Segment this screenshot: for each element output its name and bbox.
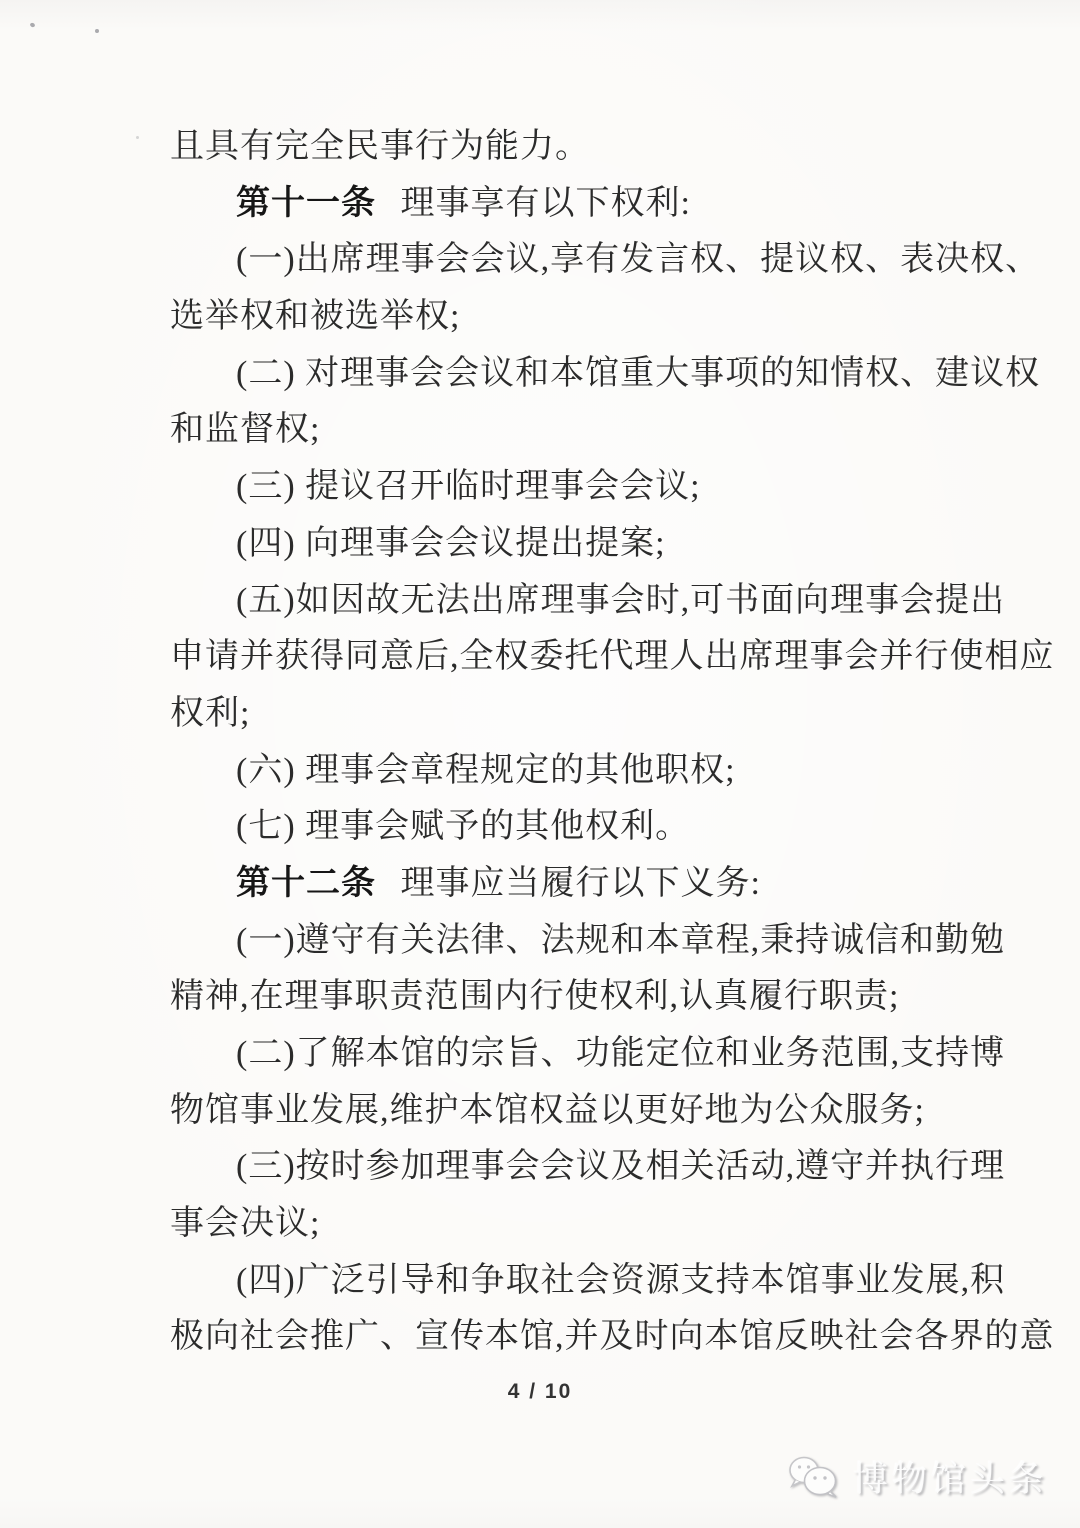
- document-page: 且具有完全民事行为能力。第十一条理事享有以下权利:(一)出席理事会会议,享有发言…: [0, 0, 1080, 1528]
- line-text: (三)按时参加理事会会议及相关活动,遵守并执行理: [236, 1148, 1005, 1185]
- line-text: (一)出席理事会会议,享有发言权、提议权、表决权、: [236, 241, 1040, 278]
- document-line: (三)按时参加理事会会议及相关活动,遵守并执行理: [170, 1139, 960, 1196]
- document-line: 选举权和被选举权;: [170, 289, 960, 346]
- line-text: 精神,在理事职责范围内行使权利,认真履行职责;: [170, 978, 899, 1015]
- watermark-label: 博物馆头条: [853, 1452, 1048, 1502]
- document-line: (二) 对理事会会议和本馆重大事项的知情权、建议权: [170, 346, 960, 403]
- line-text: 事会决议;: [170, 1205, 320, 1242]
- line-text: 理事应当履行以下义务:: [400, 865, 760, 902]
- line-text: 权利;: [170, 695, 250, 732]
- line-text: (四) 向理事会会议提出提案;: [236, 525, 666, 562]
- scan-speck: [29, 22, 35, 28]
- document-line: (四)广泛引导和争取社会资源支持本馆事业发展,积: [170, 1253, 960, 1310]
- document-line: 权利;: [170, 686, 960, 743]
- line-text: 和监督权;: [170, 411, 320, 448]
- line-text: (四)广泛引导和争取社会资源支持本馆事业发展,积: [236, 1262, 1005, 1299]
- line-text: 且具有完全民事行为能力。: [170, 128, 590, 165]
- line-text: (五)如因故无法出席理事会时,可书面向理事会提出: [236, 582, 1005, 619]
- watermark: 博物馆头条: [787, 1452, 1048, 1502]
- line-text: 理事享有以下权利:: [400, 185, 690, 222]
- document-line: (二)了解本馆的宗旨、功能定位和业务范围,支持博: [170, 1026, 960, 1083]
- line-text: 选举权和被选举权;: [170, 298, 460, 335]
- line-text: (二) 对理事会会议和本馆重大事项的知情权、建议权: [236, 355, 1040, 392]
- document-line: 精神,在理事职责范围内行使权利,认真履行职责;: [170, 969, 960, 1026]
- line-text: 申请并获得同意后,全权委托代理人出席理事会并行使相应: [170, 638, 1055, 675]
- scan-speck: [136, 136, 139, 139]
- page-number: 4 / 10: [0, 1380, 1080, 1404]
- document-line: 事会决议;: [170, 1196, 960, 1253]
- document-line: 极向社会推广、宣传本馆,并及时向本馆反映社会各界的意: [170, 1309, 960, 1366]
- document-line: (一)出席理事会会议,享有发言权、提议权、表决权、: [170, 232, 960, 289]
- document-line: 物馆事业发展,维护本馆权益以更好地为公众服务;: [170, 1083, 960, 1140]
- document-line: (六) 理事会章程规定的其他职权;: [170, 743, 960, 800]
- line-text: (一)遵守有关法律、法规和本章程,秉持诚信和勤勉: [236, 922, 1005, 959]
- line-text: (七) 理事会赋予的其他权利。: [236, 808, 690, 845]
- document-line: 且具有完全民事行为能力。: [170, 119, 960, 176]
- article-heading-line: 第十一条理事享有以下权利:: [170, 176, 960, 233]
- document-line: (四) 向理事会会议提出提案;: [170, 516, 960, 573]
- document-line: 和监督权;: [170, 402, 960, 459]
- line-text: 物馆事业发展,维护本馆权益以更好地为公众服务;: [170, 1092, 925, 1129]
- wechat-icon: [787, 1455, 843, 1499]
- document-line: (一)遵守有关法律、法规和本章程,秉持诚信和勤勉: [170, 913, 960, 970]
- document-line: 申请并获得同意后,全权委托代理人出席理事会并行使相应: [170, 629, 960, 686]
- line-text: (六) 理事会章程规定的其他职权;: [236, 752, 736, 789]
- document-line: (五)如因故无法出席理事会时,可书面向理事会提出: [170, 573, 960, 630]
- line-text: (二)了解本馆的宗旨、功能定位和业务范围,支持博: [236, 1035, 1005, 1072]
- article-number: 第十二条: [236, 865, 376, 902]
- article-number: 第十一条: [236, 185, 376, 222]
- line-text: (三) 提议召开临时理事会会议;: [236, 468, 701, 505]
- document-line: (三) 提议召开临时理事会会议;: [170, 459, 960, 516]
- line-text: 极向社会推广、宣传本馆,并及时向本馆反映社会各界的意: [170, 1318, 1055, 1355]
- scan-speck: [95, 29, 99, 33]
- document-body: 且具有完全民事行为能力。第十一条理事享有以下权利:(一)出席理事会会议,享有发言…: [170, 119, 960, 1366]
- document-line: (七) 理事会赋予的其他权利。: [170, 799, 960, 856]
- article-heading-line: 第十二条理事应当履行以下义务:: [170, 856, 960, 913]
